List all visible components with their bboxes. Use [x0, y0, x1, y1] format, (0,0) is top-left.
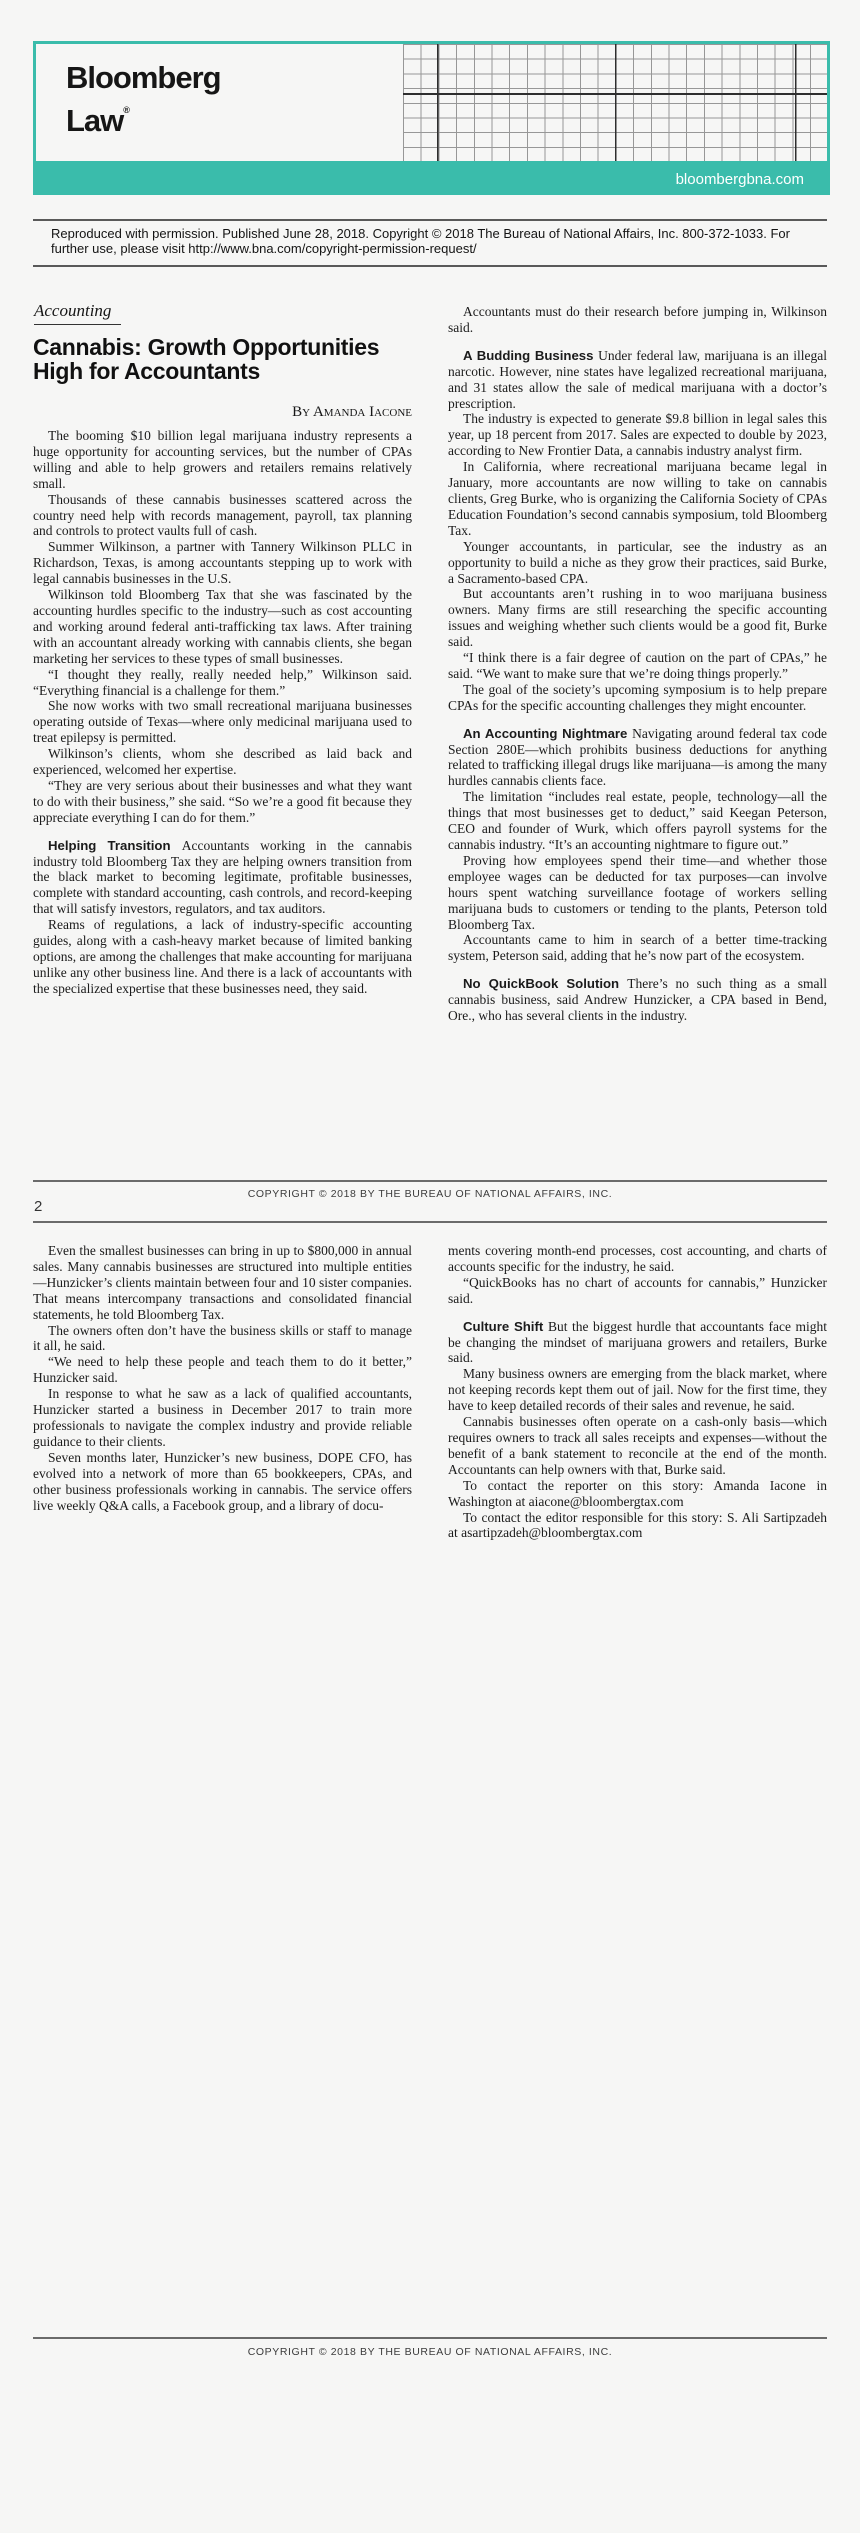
article-paragraph: She now works with two small recreationa…	[33, 698, 412, 746]
article-paragraph: The owners often don’t have the business…	[33, 1323, 412, 1355]
paragraph-text: “I think there is a fair degree of cauti…	[448, 650, 827, 681]
article-paragraph: Accountants came to him in search of a b…	[448, 932, 827, 964]
brand-header-box: Bloomberg Law®	[33, 41, 830, 164]
crossword-grid-pattern	[403, 44, 827, 161]
page2-footer-rule	[33, 2337, 827, 2339]
page1-footer-rule-top	[33, 1180, 827, 1182]
website-url: bloombergbna.com	[676, 171, 804, 188]
paragraph-text: Proving how employees spend their time—a…	[448, 853, 827, 932]
paragraph-text: “They are very serious about their busin…	[33, 778, 412, 825]
paragraph-text: “QuickBooks has no chart of accounts for…	[448, 1275, 827, 1306]
article-paragraph: But accountants aren’t rushing in to woo…	[448, 586, 827, 650]
paragraph-text: To contact the reporter on this story: A…	[448, 1478, 827, 1509]
paragraph-text: “We need to help these people and teach …	[33, 1354, 412, 1385]
paragraph-text: She now works with two small recreationa…	[33, 698, 412, 745]
page2-footer-copyright: COPYRIGHT © 2018 BY THE BUREAU OF NATION…	[33, 2346, 827, 2358]
paragraph-text: Summer Wilkinson, a partner with Tannery…	[33, 539, 412, 586]
paragraph-text: Seven months later, Hunzicker’s new busi…	[33, 1450, 412, 1513]
paragraph-text: Thousands of these cannabis businesses s…	[33, 492, 412, 539]
page1-left-column: The booming $10 billion legal marijuana …	[33, 428, 412, 997]
article-paragraph: “I thought they really, really needed he…	[33, 667, 412, 699]
byline-prefix: By	[292, 404, 313, 420]
paragraph-text: In response to what he saw as a lack of …	[33, 1386, 412, 1449]
byline: By Amanda Iacone	[33, 404, 412, 421]
article-paragraph: In California, where recreational mariju…	[448, 459, 827, 539]
paragraph-text: But accountants aren’t rushing in to woo…	[448, 586, 827, 649]
article-paragraph: Many business owners are emerging from t…	[448, 1366, 827, 1414]
bloomberg-law-logo: Bloomberg Law®	[66, 61, 221, 137]
registered-mark: ®	[123, 105, 130, 115]
article-paragraph: “They are very serious about their busin…	[33, 778, 412, 826]
article-paragraph: Wilkinson’s clients, whom she described …	[33, 746, 412, 778]
paragraph-lead: No QuickBook Solution	[463, 976, 627, 991]
paragraph-text: Even the smallest businesses can bring i…	[33, 1243, 412, 1322]
article-paragraph: The industry is expected to generate $9.…	[448, 411, 827, 459]
article-paragraph: Reams of regulations, a lack of industry…	[33, 917, 412, 997]
permission-notice: Reproduced with permission. Published Ju…	[51, 226, 813, 256]
paragraph-text: In California, where recreational mariju…	[448, 459, 827, 538]
paragraph-text: Wilkinson’s clients, whom she described …	[33, 746, 412, 777]
paragraph-text: The booming $10 billion legal marijuana …	[33, 428, 412, 491]
paragraph-text: Accountants must do their research befor…	[448, 304, 827, 335]
article-paragraph: Accountants must do their research befor…	[448, 304, 827, 336]
article-paragraph: No QuickBook Solution There’s no such th…	[448, 976, 827, 1024]
page1-right-column: Accountants must do their research befor…	[448, 304, 827, 1024]
article-paragraph: Proving how employees spend their time—a…	[448, 853, 827, 933]
notice-rule-top	[33, 219, 827, 221]
page1-footer-rule-bottom	[33, 1221, 827, 1223]
paragraph-text: Younger accountants, in particular, see …	[448, 539, 827, 586]
article-paragraph: “QuickBooks has no chart of accounts for…	[448, 1275, 827, 1307]
article-paragraph: Younger accountants, in particular, see …	[448, 539, 827, 587]
section-kicker: Accounting	[34, 301, 121, 325]
page-number: 2	[34, 1198, 42, 1215]
paragraph-text: Wilkinson told Bloomberg Tax that she wa…	[33, 587, 412, 666]
paragraph-text: The industry is expected to generate $9.…	[448, 411, 827, 458]
article-paragraph: A Budding Business Under federal law, ma…	[448, 348, 827, 412]
page2-right-column: ments covering month-end processes, cost…	[448, 1243, 827, 1541]
notice-rule-bottom	[33, 265, 827, 267]
paragraph-text: The owners often don’t have the business…	[33, 1323, 412, 1354]
paragraph-text: “I thought they really, really needed he…	[33, 667, 412, 698]
article-paragraph: The limitation “includes real estate, pe…	[448, 789, 827, 853]
paragraph-text: The limitation “includes real estate, pe…	[448, 789, 827, 852]
paragraph-text: Cannabis businesses often operate on a c…	[448, 1414, 827, 1477]
article-paragraph: The goal of the society’s upcoming sympo…	[448, 682, 827, 714]
article-paragraph: In response to what he saw as a lack of …	[33, 1386, 412, 1450]
paragraph-text: The goal of the society’s upcoming sympo…	[448, 682, 827, 713]
article-paragraph: The booming $10 billion legal marijuana …	[33, 428, 412, 492]
paragraph-text: Reams of regulations, a lack of industry…	[33, 917, 412, 996]
article-paragraph: To contact the editor responsible for th…	[448, 1510, 827, 1542]
paragraph-lead: Helping Transition	[48, 838, 182, 853]
paragraph-lead: A Budding Business	[463, 348, 598, 363]
paragraph-text: Many business owners are emerging from t…	[448, 1366, 827, 1413]
article-paragraph: An Accounting Nightmare Navigating aroun…	[448, 726, 827, 790]
article-paragraph: Helping Transition Accountants working i…	[33, 838, 412, 918]
article-paragraph: To contact the reporter on this story: A…	[448, 1478, 827, 1510]
article-paragraph: Culture Shift But the biggest hurdle tha…	[448, 1319, 827, 1367]
paragraph-text: Accountants came to him in search of a b…	[448, 932, 827, 963]
article-paragraph: Thousands of these cannabis businesses s…	[33, 492, 412, 540]
paragraph-lead: Culture Shift	[463, 1319, 548, 1334]
article-title: Cannabis: Growth Opportunities High for …	[33, 335, 419, 383]
page1-footer-copyright: COPYRIGHT © 2018 BY THE BUREAU OF NATION…	[33, 1188, 827, 1200]
paragraph-text: To contact the editor responsible for th…	[448, 1510, 827, 1541]
page2-left-column: Even the smallest businesses can bring i…	[33, 1243, 412, 1513]
paragraph-text: ments covering month-end processes, cost…	[448, 1243, 827, 1274]
paragraph-lead: An Accounting Nightmare	[463, 726, 632, 741]
website-bar: bloombergbna.com	[33, 164, 830, 195]
article-paragraph: Even the smallest businesses can bring i…	[33, 1243, 412, 1323]
byline-name: Amanda Iacone	[313, 404, 412, 420]
article-paragraph: “We need to help these people and teach …	[33, 1354, 412, 1386]
article-paragraph: Wilkinson told Bloomberg Tax that she wa…	[33, 587, 412, 667]
page: { "colors": { "accent_teal": "#3abcab", …	[0, 0, 860, 2533]
logo-line-2: Law®	[66, 94, 221, 137]
article-paragraph: Cannabis businesses often operate on a c…	[448, 1414, 827, 1478]
article-paragraph: Summer Wilkinson, a partner with Tannery…	[33, 539, 412, 587]
logo-line-1: Bloomberg	[66, 61, 221, 94]
article-paragraph: Seven months later, Hunzicker’s new busi…	[33, 1450, 412, 1514]
article-paragraph: “I think there is a fair degree of cauti…	[448, 650, 827, 682]
article-paragraph: ments covering month-end processes, cost…	[448, 1243, 827, 1275]
